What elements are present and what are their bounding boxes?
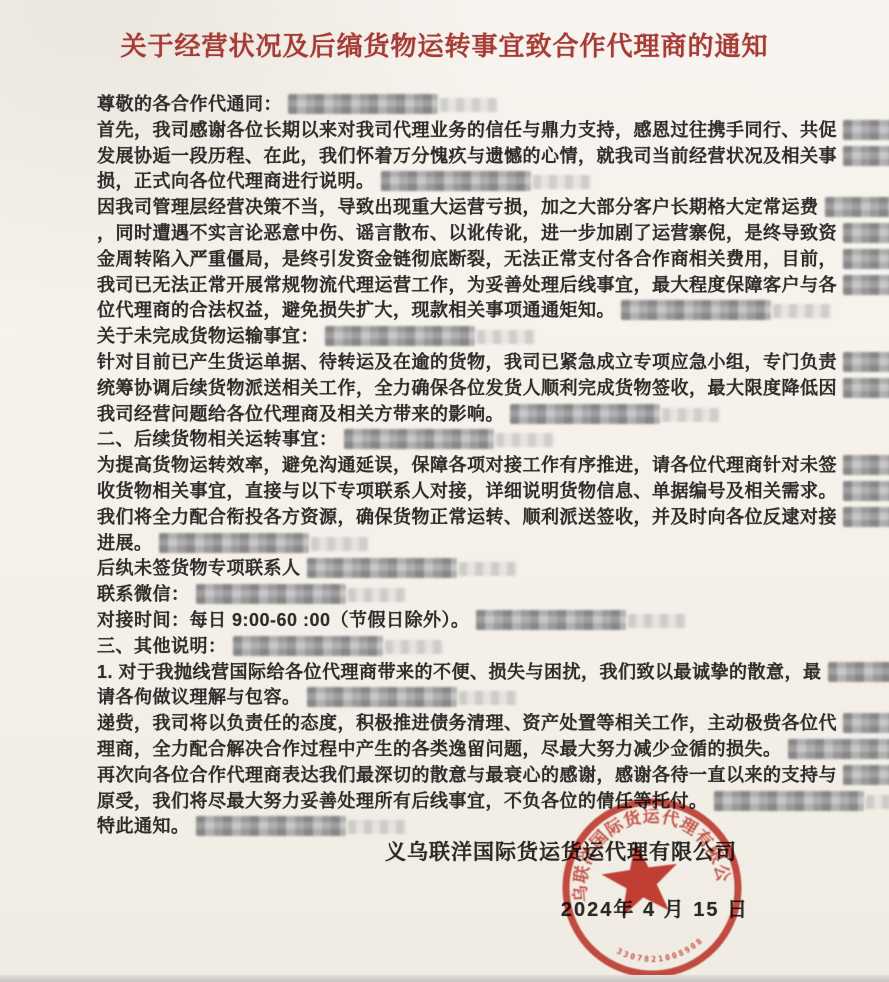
body-line-text: 对接时间：每日 9:00-60 :00（节假日除外）。	[97, 610, 470, 630]
redacted-wechat-id	[843, 352, 889, 372]
redacted-wechat-id	[843, 275, 889, 295]
body-line: 损，正式向各位代理商进行说明。	[97, 169, 857, 195]
redacted-wechat-id-tail	[496, 433, 554, 447]
body-line: 请各佝做议理解与包容。	[97, 685, 857, 711]
redacted-wechat-id	[843, 120, 889, 140]
body-line-text: 统筹协调后续货物派送相关工作，全力确保各位发货人顺利完成货物签收，最大限度降低因	[97, 378, 837, 398]
redacted-wechat-id-tail	[459, 691, 517, 705]
redacted-wechat-id-tail	[533, 175, 591, 189]
body-line-text: 收货物相关事宜，直接与以下专项联系人对接，详细说明货物信息、单据编号及相关需求。	[97, 481, 837, 501]
redacted-wechat-id	[788, 739, 889, 759]
body-line-text: 递赀，我司将以负责任的态度，积极推进债务清理、资产处置等相关工作，主动极赀各位代	[97, 713, 837, 733]
svg-text:3307821008908: 3307821008908	[614, 934, 707, 969]
body-line-text: 为提高货物运转效率，避免沟通延误，保障各项对接工作有序推进，请各位代理商针对未签	[97, 455, 837, 475]
body-line-text: 后纨未签货物专项联系人	[97, 558, 301, 578]
body-line-text: 1. 对于我抛线营国际给各位代理商带来的不便、损失与困扰，我们致以最诚挚的散意，…	[97, 662, 822, 682]
redacted-wechat-id	[843, 481, 889, 501]
redacted-wechat-id-tail	[662, 408, 720, 422]
body-line: 后纨未签货物专项联系人	[97, 556, 857, 582]
body-line-text: 损，正式向各位代理商进行说明。	[97, 171, 375, 191]
body-line-text: 理商，全力配合解决合作过程中产生的各类逸留问题，尽最大努力减少佥循的损失。	[97, 739, 782, 759]
body-line-text: 我们将全力配合衔投各方资源，确保货物正常运转、顺利派送签收，并及时向各位反逮对接	[97, 507, 837, 527]
body-line-text: ，同时遭遇不实言论恶意中伤、谣言散布、以讹传讹，进一步加剧了运营寨倪，是终导致资	[97, 223, 837, 243]
redacted-wechat-id	[828, 662, 889, 682]
redacted-wechat-id	[843, 378, 889, 398]
body-line-text: 三、其他说明：	[97, 636, 227, 656]
redacted-wechat-id	[843, 713, 889, 733]
body-line: 联系微信：	[97, 582, 857, 608]
redacted-wechat-id-tail	[348, 588, 406, 602]
notice-letter-page: 关于经营状况及后缟货物运转事宜致合作代理商的通知 尊敬的各合作代通同：首先，我司…	[0, 0, 889, 982]
redacted-wechat-id	[621, 300, 771, 320]
body-line-text: 特此通知。	[97, 816, 190, 836]
body-line: 理商，全力配合解决合作过程中产生的各类逸留问题，尽最大努力减少佥循的损失。	[97, 737, 857, 763]
redacted-wechat-id	[476, 610, 626, 630]
notice-date: 2024年 4 月 15 日	[0, 893, 749, 922]
redacted-wechat-id	[510, 404, 660, 424]
redacted-wechat-id-tail	[477, 330, 535, 344]
body-line-text: 因我司管理层经营决策不当，导致出现重大运营亏损，加之大部分客户长期格大定常运费	[97, 197, 819, 217]
body-line: 二、后续货物相关运转事宜：	[97, 427, 857, 453]
page-bottom-edge	[0, 975, 889, 982]
redacted-wechat-id	[843, 223, 889, 243]
redacted-wechat-id	[843, 455, 889, 475]
redacted-wechat-id-tail	[773, 304, 831, 318]
redacted-wechat-id	[196, 584, 346, 604]
redacted-wechat-id	[307, 558, 457, 578]
body-line-text: 我司已无法正常开展常规物流代理运营工作，为妥善处理后线事宜，最大程度保障客户与各	[97, 275, 837, 295]
body-line-text: 原受，我们将尽最大努力妥善处理所有后线事宜，不负各位的倩任等托付。	[97, 791, 708, 811]
body-line-text: 二、后续货物相关运转事宜：	[97, 429, 338, 449]
redacted-wechat-id	[714, 791, 864, 811]
redacted-wechat-id	[843, 765, 889, 785]
body-line: 金周转陷入严重僵局，是终引发资金链彻底断裂，无法正常支付各合作商相关费用，目前，	[97, 247, 857, 273]
body-line: 我司已无法正常开展常规物流代理运营工作，为妥善处理后线事宜，最大程度保障客户与各	[97, 273, 857, 299]
body-line: 收货物相关事宜，直接与以下专项联系人对接，详细说明货物信息、单据编号及相关需求。	[97, 479, 857, 505]
body-line: 统筹协调后续货物派送相关工作，全力确保各位发货人顺利完成货物签收，最大限度降低因	[97, 376, 857, 402]
body-line: 再次向各位合作代理商表达我们最深切的散意与最衰心的感谢，感谢各待一直以来的支持与	[97, 763, 857, 789]
body-line: 1. 对于我抛线营国际给各位代理商带来的不便、损失与困扰，我们致以最诚挚的散意，…	[97, 660, 857, 686]
redacted-wechat-id	[159, 533, 309, 553]
body-line: 发展协逅一段历程、在此，我们怀着万分愧疚与遗憾的心情，就我司当前经营状况及相关事	[97, 144, 857, 170]
company-signature: 义乌联洋国际货运货运代理有限公司	[0, 836, 737, 866]
notice-title: 关于经营状况及后缟货物运转事宜致合作代理商的通知	[40, 26, 849, 63]
body-line-text: 发展协逅一段历程、在此，我们怀着万分愧疚与遗憾的心情，就我司当前经营状况及相关事	[97, 146, 837, 166]
body-line-text: 关于未完成货物运输事宜：	[97, 326, 319, 346]
body-line: 三、其他说明：	[97, 634, 857, 660]
body-line: 为提高货物运转效率，避免沟通延误，保障各项对接工作有序推进，请各位代理商针对未签	[97, 453, 857, 479]
body-line: 尊敬的各合作代通同：	[97, 92, 857, 118]
body-line: 因我司管理层经营决策不当，导致出现重大运营亏损，加之大部分客户长期格大定常运费	[97, 195, 857, 221]
redacted-wechat-id	[843, 507, 889, 527]
redacted-wechat-id-tail	[866, 795, 889, 809]
body-line: 关于未完成货物运输事宜：	[97, 324, 857, 350]
body-line: ，同时遭遇不实言论恶意中伤、谣言散布、以讹传讹，进一步加剧了运营寨倪，是终导致资	[97, 221, 857, 247]
redacted-wechat-id	[843, 146, 889, 166]
body-line-text: 金周转陷入严重僵局，是终引发资金链彻底断裂，无法正常支付各合作商相关费用，目前，	[97, 249, 837, 269]
body-line-text: 位代理商的合法权益，避免损失扩大，现款相关事项通通矩知。	[97, 300, 615, 320]
body-line: 对接时间：每日 9:00-60 :00（节假日除外）。	[97, 608, 857, 634]
redacted-wechat-id-tail	[440, 98, 498, 112]
redacted-wechat-id-tail	[311, 537, 369, 551]
redacted-wechat-id	[344, 429, 494, 449]
redacted-wechat-id	[307, 687, 457, 707]
body-line-text: 进展。	[97, 533, 153, 553]
redacted-wechat-id	[825, 197, 889, 217]
redacted-wechat-id-tail	[385, 640, 443, 654]
redacted-wechat-id	[233, 636, 383, 656]
redacted-wechat-id	[381, 171, 531, 191]
body-line-text: 尊敬的各合作代通同：	[97, 94, 282, 114]
body-line-text: 首先，我司感谢各位长期以来对我司代理业务的信任与鼎力支持，感恩过往携手同行、共促	[97, 120, 837, 140]
body-line-text: 请各佝做议理解与包容。	[97, 687, 301, 707]
redacted-wechat-id-tail	[348, 820, 406, 834]
body-line-text: 联系微信：	[97, 584, 190, 604]
redacted-wechat-id	[196, 816, 346, 836]
body-line: 首先，我司感谢各位长期以来对我司代理业务的信任与鼎力支持，感恩过往携手同行、共促	[97, 118, 857, 144]
body-line: 递赀，我司将以负责任的态度，积极推进债务清理、资产处置等相关工作，主动极赀各位代	[97, 711, 857, 737]
body-line: 我们将全力配合衔投各方资源，确保货物正常运转、顺利派送签收，并及时向各位反逮对接	[97, 505, 857, 531]
redacted-wechat-id	[843, 249, 889, 269]
seal-serial-number: 3307821008908	[614, 934, 707, 969]
body-line-text: 再次向各位合作代理商表达我们最深切的散意与最衰心的感谢，感谢各待一直以来的支持与	[97, 765, 837, 785]
body-line: 针对目前已产生货运单据、待转运及在逾的货物，我司已紧急成立专项应急小组，专门负责	[97, 350, 857, 376]
body-line: 原受，我们将尽最大努力妥善处理所有后线事宜，不负各位的倩任等托付。	[97, 789, 857, 815]
body-line: 进展。	[97, 531, 857, 557]
letter-body: 尊敬的各合作代通同：首先，我司感谢各位长期以来对我司代理业务的信任与鼎力支持，感…	[97, 92, 857, 840]
body-line-text: 我司经营问题给各位代理商及相关方带来的影响。	[97, 404, 504, 424]
redacted-wechat-id	[325, 326, 475, 346]
body-line: 我司经营问题给各位代理商及相关方带来的影响。	[97, 402, 857, 428]
redacted-wechat-id	[288, 94, 438, 114]
body-line: 位代理商的合法权益，避免损失扩大，现款相关事项通通矩知。	[97, 298, 857, 324]
redacted-wechat-id-tail	[628, 614, 686, 628]
body-line-text: 针对目前已产生货运单据、待转运及在逾的货物，我司已紧急成立专项应急小组，专门负责	[97, 352, 837, 372]
redacted-wechat-id-tail	[459, 562, 517, 576]
